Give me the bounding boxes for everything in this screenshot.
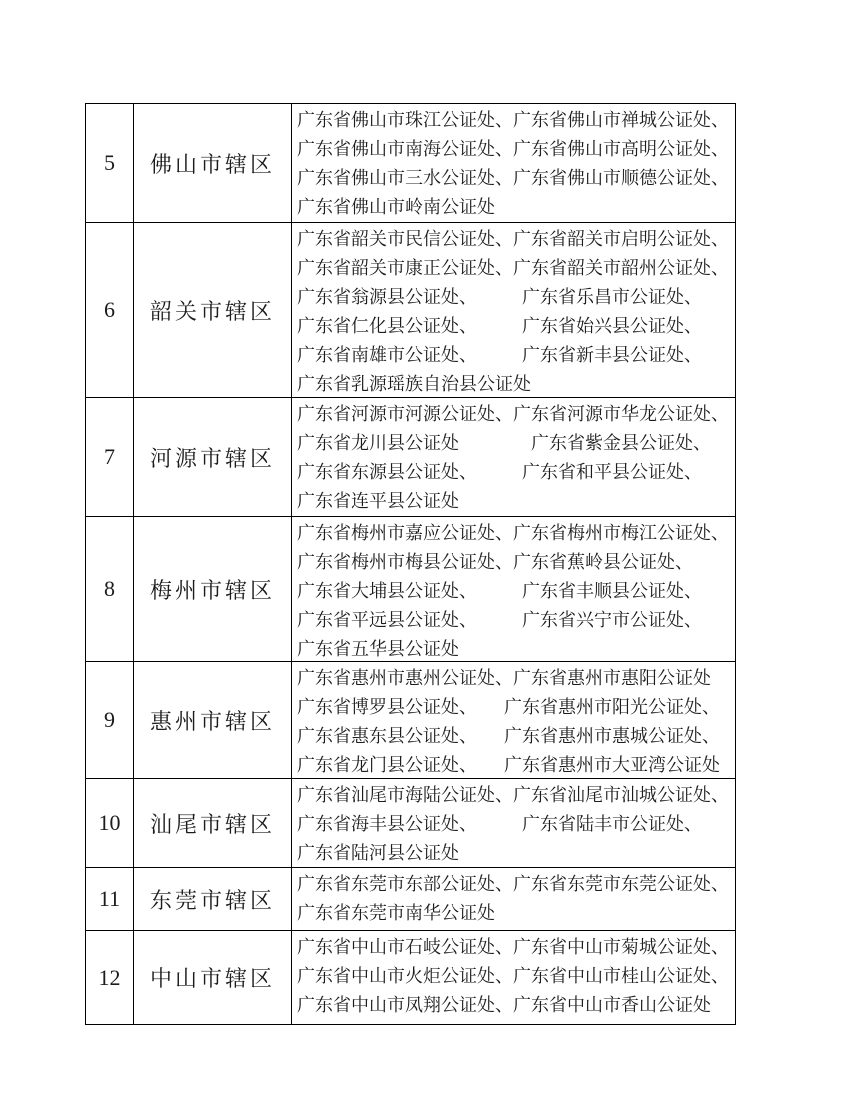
offices-list: 广东省惠州市惠州公证处、广东省惠州市惠阳公证处 广东省博罗县公证处、 广东省惠州… [292,662,735,778]
district-name: 东莞市辖区 [134,868,292,930]
row-number: 11 [86,868,134,930]
row-number: 8 [86,517,134,661]
row-number: 9 [86,662,134,778]
notary-offices-table: 5 佛山市辖区 广东省佛山市珠江公证处、广东省佛山市禅城公证处、 广东省佛山市南… [85,103,736,1025]
offices-list: 广东省河源市河源公证处、广东省河源市华龙公证处、 广东省龙川县公证处 广东省紫金… [292,398,735,516]
table-row-8: 8 梅州市辖区 广东省梅州市嘉应公证处、广东省梅州市梅江公证处、 广东省梅州市梅… [86,517,735,662]
row-number: 5 [86,104,134,222]
table-row-10: 10 汕尾市辖区 广东省汕尾市海陆公证处、广东省汕尾市汕城公证处、 广东省海丰县… [86,779,735,868]
table-row-11: 11 东莞市辖区 广东省东莞市东部公证处、广东省东莞市东莞公证处、 广东省东莞市… [86,868,735,931]
page: { "page": { "background": "#ffffff", "te… [0,0,850,1113]
table-row-12: 12 中山市辖区 广东省中山市石岐公证处、广东省中山市菊城公证处、 广东省中山市… [86,931,735,1024]
offices-list: 广东省中山市石岐公证处、广东省中山市菊城公证处、 广东省中山市火炬公证处、广东省… [292,931,735,1024]
row-number: 7 [86,398,134,516]
offices-list: 广东省汕尾市海陆公证处、广东省汕尾市汕城公证处、 广东省海丰县公证处、 广东省陆… [292,779,735,867]
table-row-6: 6 韶关市辖区 广东省韶关市民信公证处、广东省韶关市启明公证处、 广东省韶关市康… [86,223,735,398]
offices-list: 广东省韶关市民信公证处、广东省韶关市启明公证处、 广东省韶关市康正公证处、广东省… [292,223,735,397]
district-name: 汕尾市辖区 [134,779,292,867]
table-row-5: 5 佛山市辖区 广东省佛山市珠江公证处、广东省佛山市禅城公证处、 广东省佛山市南… [86,104,735,223]
offices-list: 广东省东莞市东部公证处、广东省东莞市东莞公证处、 广东省东莞市南华公证处 [292,868,735,930]
district-name: 中山市辖区 [134,931,292,1024]
district-name: 惠州市辖区 [134,662,292,778]
table-row-9: 9 惠州市辖区 广东省惠州市惠州公证处、广东省惠州市惠阳公证处 广东省博罗县公证… [86,662,735,779]
offices-list: 广东省佛山市珠江公证处、广东省佛山市禅城公证处、 广东省佛山市南海公证处、广东省… [292,104,735,222]
district-name: 佛山市辖区 [134,104,292,222]
district-name: 梅州市辖区 [134,517,292,661]
offices-list: 广东省梅州市嘉应公证处、广东省梅州市梅江公证处、 广东省梅州市梅县公证处、广东省… [292,517,735,661]
row-number: 10 [86,779,134,867]
table-row-7: 7 河源市辖区 广东省河源市河源公证处、广东省河源市华龙公证处、 广东省龙川县公… [86,398,735,517]
district-name: 韶关市辖区 [134,223,292,397]
district-name: 河源市辖区 [134,398,292,516]
row-number: 12 [86,931,134,1024]
row-number: 6 [86,223,134,397]
